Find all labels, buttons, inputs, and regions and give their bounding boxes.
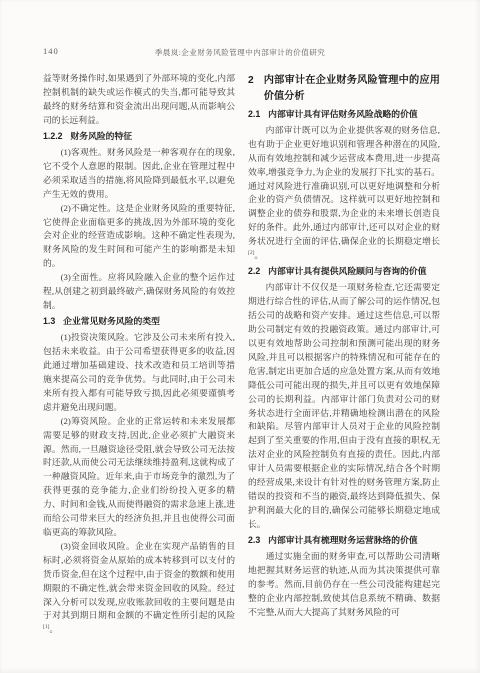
heading-title: 财务风险的特征: [70, 131, 132, 141]
subsection-heading-1-3: 1.3企业常见财务风险的类型: [43, 315, 235, 329]
paragraph-text: (3)资金回收风险。企业在实现产品销售的目标时,必须将资金从原始的成本转移到可以…: [43, 541, 235, 621]
paragraph-with-citation: (3)资金回收风险。企业在实现产品销售的目标时,必须将资金从原始的成本转移到可以…: [43, 540, 235, 637]
heading-title: 内部审计具有提供风险顾问与咨询的价值: [268, 266, 426, 276]
running-title: 季晨岚:企业财务风险管理中内部审计的价值研究: [155, 47, 326, 58]
section-heading-2: 2内部审计在企业财务风险管理中的应用价值分析: [248, 73, 440, 104]
heading-number: 2.2: [248, 265, 260, 279]
paragraph: (2)筹资风险。企业的正常运转和未来发展都需要足够的财政支持,因此,企业必须扩大…: [43, 415, 235, 540]
paragraph-tail: 。: [49, 624, 58, 634]
heading-number: 1.2.2: [43, 130, 63, 144]
paragraph: 内部审计不仅仅是一项财务检查,它还需要定期进行综合性的评估,从而了解公司的运作情…: [248, 281, 440, 531]
paragraph-continuation: 益等财务操作时,如果遇到了外部环境的变化,内部控制机制的缺失或运作模式的失当,都…: [43, 72, 235, 128]
subsection-heading-2-2: 2.2内部审计具有提供风险顾问与咨询的价值: [248, 265, 440, 279]
heading-title: 内部审计具有梳理财务运营脉络的价值: [268, 535, 418, 545]
page-number: 140: [43, 46, 59, 56]
heading-number: 1.3: [43, 315, 55, 329]
subsection-heading-1-2-2: 1.2.2财务风险的特征: [43, 130, 235, 144]
heading-number: 2.3: [248, 534, 260, 548]
heading-number: 2: [248, 73, 264, 104]
paper-page: 140 季晨岚:企业财务风险管理中内部审计的价值研究 益等财务操作时,如果遇到了…: [0, 0, 480, 673]
paragraph-text: 内部审计既可以为企业提供客观的财务信息,也有助于企业更好地识别和管理各种潜在的风…: [248, 125, 440, 246]
paragraph: (3)全面性。应将风险融入企业的整个运作过程,从创建之初到最终破产,确保财务风险…: [43, 271, 235, 313]
paragraph: (1)客观性。财务风险是一种客观存在的现象,它不受个人意愿的限制。因此,企业在管…: [43, 146, 235, 202]
paragraph-with-citation: 内部审计既可以为企业提供客观的财务信息,也有助于企业更好地识别和管理各种潜在的风…: [248, 124, 440, 263]
paragraph: (1)投资决策风险。它涉及公司未来所有投入,包括未来收益。由于公司希望获得更多的…: [43, 331, 235, 414]
paragraph-tail: 。: [254, 250, 263, 260]
right-column: 2内部审计在企业财务风险管理中的应用价值分析 2.1内部审计具有评估财务风险战略…: [248, 72, 440, 637]
subsection-heading-2-3: 2.3内部审计具有梳理财务运营脉络的价值: [248, 534, 440, 548]
heading-title: 内部审计具有评估财务风险战略的价值: [268, 109, 418, 119]
page-header: 140 季晨岚:企业财务风险管理中内部审计的价值研究: [43, 46, 437, 60]
heading-title: 企业常见财务风险的类型: [63, 316, 160, 326]
heading-title: 内部审计在企业财务风险管理中的应用价值分析: [264, 73, 440, 104]
heading-number: 2.1: [248, 108, 260, 122]
paragraph: (2)不确定性。这是企业财务风险的重要特征,它使得企业面临更多的挑战,因为外部环…: [43, 202, 235, 272]
two-column-body: 益等财务操作时,如果遇到了外部环境的变化,内部控制机制的缺失或运作模式的失当,都…: [43, 72, 437, 637]
paragraph-truncated: 通过实施全面的财务审查,可以帮助公司清晰地把握其财务运营的轨迹,从而为其决策提供…: [248, 550, 440, 620]
subsection-heading-2-1: 2.1内部审计具有评估财务风险战略的价值: [248, 108, 440, 122]
left-column: 益等财务操作时,如果遇到了外部环境的变化,内部控制机制的缺失或运作模式的失当,都…: [43, 72, 235, 637]
